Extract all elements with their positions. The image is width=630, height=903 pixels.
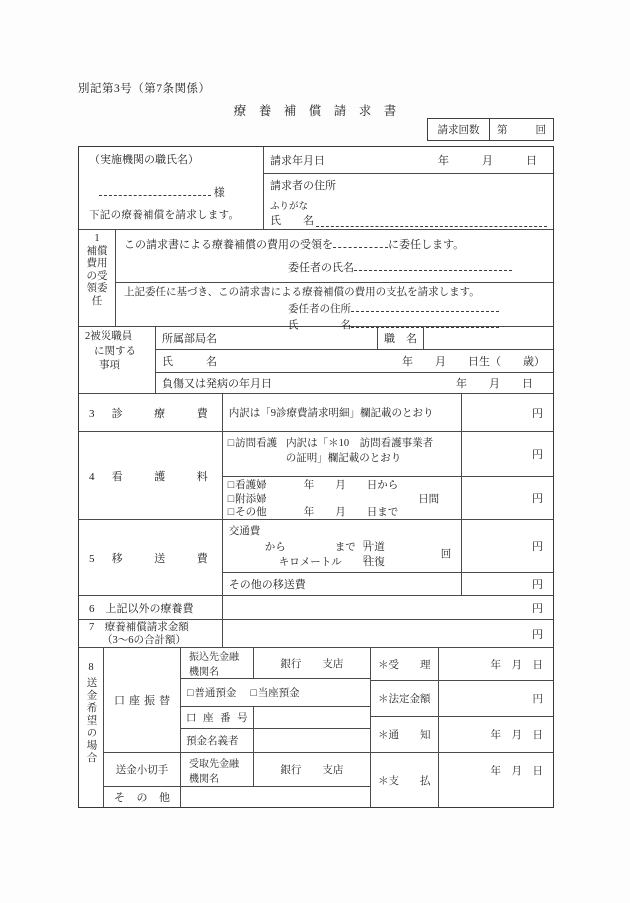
section1-label-line: 補償 [79, 246, 115, 259]
department-row: 所属部局名 職 名 [156, 327, 553, 349]
transport-cell: 交通費 から まで □片道 キロメートル □往復 回 [223, 520, 462, 572]
claim-count-value-cell[interactable]: 第 回 [490, 119, 553, 140]
payment-label-cell: ＊支 払 [371, 752, 438, 807]
other-transfer-amount-cell[interactable]: 円 [462, 573, 553, 595]
transfer-fee-label: 5 移 送 費 [89, 550, 208, 566]
other-method-value-cell[interactable] [181, 786, 370, 807]
nurse-line-label: □看護婦 [228, 479, 304, 493]
claim-date-row[interactable]: 請求年月日 年 月 日 [264, 147, 553, 173]
checkbox-nurse[interactable]: □ [228, 480, 234, 491]
section2-label: 2被災職員 に関する 事項 [79, 327, 156, 393]
remittance-label-cell: 8 送金希望の場合 [79, 648, 104, 807]
remittance-check-cell: 送金小切手 [104, 752, 180, 786]
notice-date-value: 年 月 日 [491, 727, 544, 742]
delegate-name-label: 委任者の氏名 [288, 262, 354, 274]
visiting-nursing-unit: 円 [532, 446, 543, 462]
transfer-fee-content: 交通費 から まで □片道 キロメートル □往復 回 円 その他の移送費 [223, 520, 553, 595]
delegate-name-line: 委任者の氏名 [124, 259, 547, 275]
delegate-name-blank[interactable] [354, 260, 512, 271]
receiving-bank-value: 銀行 支店 [280, 762, 343, 777]
receiving-bank-label-cell: 受取先金融機関名 [181, 753, 254, 786]
claim-count-prefix: 第 [497, 122, 508, 137]
transport-label: 交通費 [229, 523, 261, 538]
visiting-nursing-desc: 内訳は「＊10 訪問看護事業者 [286, 438, 433, 449]
section2-content: 所属部局名 職 名 氏 名 年 月 日生（ 歳） 負傷又は発病の年月日 年 月 … [156, 327, 553, 393]
other-nurse-line-label: □その他 [228, 506, 304, 520]
other-transfer-label: その他の移送費 [229, 576, 306, 592]
account-number-value-cell[interactable] [254, 707, 370, 728]
claimant-address-label: 請求者の住所 [270, 177, 549, 193]
agency-label: （実施機関の職氏名） [89, 151, 257, 167]
kilometer-label: キロメートル [279, 554, 342, 569]
total-claim-label-cell: 7 療養補償請求金額 （3〜6の合計額） [79, 620, 223, 647]
received-label-cell: ＊受 理 [371, 648, 438, 680]
remittance-check-label: 送金小切手 [116, 762, 169, 777]
payment-request-text: 上記委任に基づき、この請求書による療養補償の費用の支払を請求します。 [124, 286, 547, 301]
section1-content: この請求書による療養補償の費用の受領をに委任します。 委任者の氏名 上記委任に基… [116, 230, 553, 326]
checkbox-attendant[interactable]: □ [228, 494, 234, 505]
current-deposit-label: 当座預金 [258, 688, 300, 699]
medical-fee-unit: 円 [532, 405, 543, 421]
attendant-days: 日間 [418, 493, 455, 507]
transfer-bank-label: 振込先金融機関名 [189, 648, 245, 678]
section1-label-line: の受 [79, 271, 115, 284]
receiving-bank-value-cell[interactable]: 銀行 支店 [254, 753, 370, 786]
page-title: 療 養 補 償 請 求 書 [0, 101, 630, 119]
attendant-label: 附添婦 [235, 494, 267, 505]
nurse-from-date: 年 月 日から [304, 479, 399, 493]
payment-date-cell[interactable]: 年 月 日 [439, 752, 553, 807]
visiting-nursing-line1: □訪問看護内訳は「＊10 訪問看護事業者 [228, 436, 459, 451]
received-label: ＊受 理 [378, 657, 431, 672]
section4-row: 4 看 護 料 □訪問看護内訳は「＊10 訪問看護事業者 の証明」欄記載のとおり… [79, 431, 553, 519]
office-use-label-col: ＊受 理 ＊法定金額 ＊通 知 ＊支 払 [371, 648, 439, 807]
roundtrip-label: 往復 [364, 554, 385, 569]
header-row: （実施機関の職氏名） 様 下記の療養補償を請求します。 請求年月日 年 月 日 … [79, 147, 553, 229]
payment-request-cell: 上記委任に基づき、この請求書による療養補償の費用の支払を請求します。 委任者の住… [116, 282, 553, 326]
section1-label: 1 補償 費用 の受 領委 任 [79, 230, 116, 326]
medical-fee-detail: 内訳は「9診療費請求明細」欄記載のとおり [229, 405, 434, 420]
total-claim-sublabel: （3〜6の合計額） [89, 634, 216, 647]
payment-date-value: 年 月 日 [491, 763, 544, 778]
transport-amount-cell[interactable]: 円 [462, 520, 553, 572]
transfer-fee-label-cell: 5 移 送 費 [79, 520, 223, 595]
other-method-label: そ の 他 [114, 789, 170, 805]
addressee-line: 様 [89, 184, 257, 200]
nurse-line: □看護婦 年 月 日から [228, 479, 455, 493]
account-holder-row: 預金名義者 [181, 728, 370, 752]
checkbox-visiting-nursing[interactable]: □ [228, 438, 234, 449]
other-nurse-line: □その他 年 月 日まで [228, 506, 455, 520]
visiting-nursing-amount-cell[interactable]: 円 [462, 432, 553, 476]
nurse-to-date: 年 月 日まで [304, 506, 399, 520]
account-transfer-label: 口 座 振 替 [114, 692, 170, 708]
transport-from: から [265, 539, 286, 554]
notice-label: ＊通 知 [378, 727, 431, 742]
legal-amount-label: ＊法定金額 [378, 691, 431, 706]
transfer-bank-label-cell: 振込先金融機関名 [181, 648, 254, 678]
received-date-cell[interactable]: 年 月 日 [439, 648, 553, 680]
request-note: 下記の療養補償を請求します。 [89, 207, 257, 222]
claim-count-suffix: 回 [536, 122, 547, 137]
legal-amount-value-cell[interactable]: 円 [439, 680, 553, 716]
injury-date-value: 年 月 日 [456, 375, 545, 391]
medical-fee-label-cell: 3 診 療 費 [79, 394, 223, 431]
medical-fee-label: 3 診 療 費 [89, 405, 208, 421]
bank-detail-col: 振込先金融機関名 銀行 支店 □普通預金 □当座預金 口 座 番 号 [181, 648, 371, 807]
nurse-amount-cell[interactable]: 円 [462, 477, 553, 519]
transfer-bank-value: 銀行 支店 [280, 656, 343, 671]
addressee-suffix: 様 [214, 187, 225, 199]
total-claim-amount-cell[interactable]: 円 [223, 620, 553, 647]
delegation-sentence: この請求書による療養補償の費用の受領をに委任します。 [124, 236, 547, 252]
account-holder-label: 預金名義者 [186, 733, 239, 748]
other-care-label-cell: 6 上記以外の療養費 [79, 596, 223, 619]
delegation-text-pre: この請求書による療養補償の費用の受領を [124, 239, 333, 251]
claim-date-label: 請求年月日 [270, 152, 325, 168]
section6-row: 6 上記以外の療養費 円 [79, 595, 553, 619]
section8-row: 8 送金希望の場合 口 座 振 替 送金小切手 そ の 他 振込先金融機関名 [79, 647, 553, 807]
main-form-table: （実施機関の職氏名） 様 下記の療養補償を請求します。 請求年月日 年 月 日 … [78, 146, 554, 808]
total-claim-unit: 円 [532, 626, 543, 642]
account-holder-value-cell[interactable] [254, 729, 370, 752]
furigana-label: ふりがな [270, 198, 549, 212]
other-method-cell: そ の 他 [104, 786, 180, 806]
section7-row: 7 療養補償請求金額 （3〜6の合計額） 円 [79, 619, 553, 647]
account-number-label-cell: 口 座 番 号 [181, 707, 254, 728]
other-transfer-cell[interactable]: その他の移送費 [223, 573, 462, 595]
transport-to: まで [335, 539, 356, 554]
section2-row: 2被災職員 に関する 事項 所属部局名 職 名 氏 名 年 月 日生（ 歳） [79, 326, 553, 393]
delegation-text-post: に委任します。 [388, 239, 464, 251]
ordinary-deposit-label: 普通預金 [194, 688, 236, 699]
section3-row: 3 診 療 費 内訳は「9診療費請求明細」欄記載のとおり 円 [79, 393, 553, 431]
nurse-label: 看護婦 [235, 480, 267, 491]
department-cell[interactable]: 所属部局名 [156, 327, 378, 349]
delegator-address-blank[interactable] [351, 301, 499, 312]
section1-label-line: 領委 [79, 283, 115, 296]
account-transfer-cell: 口 座 振 替 [104, 648, 180, 752]
section1-row: 1 補償 費用 の受 領委 任 この請求書による療養補償の費用の受領をに委任しま… [79, 229, 553, 326]
account-number-label: 口 座 番 号 [186, 710, 248, 725]
nursing-fee-label-cell: 4 看 護 料 [79, 432, 223, 519]
checkbox-current-deposit[interactable]: □ [250, 688, 256, 699]
office-use-value-col: 年 月 日 円 年 月 日 年 月 日 [439, 648, 553, 807]
trip-times-label: 回 [441, 546, 452, 561]
birth-date-value: 年 月 日生（ 歳） [402, 353, 545, 369]
receiving-bank-row: 受取先金融機関名 銀行 支店 [181, 752, 370, 786]
agency-cell: （実施機関の職氏名） 様 下記の療養補償を請求します。 [79, 147, 264, 229]
section1-label-line: 費用 [79, 258, 115, 271]
remittance-number: 8 [88, 662, 93, 673]
job-title-label-cell: 職 名 [378, 327, 424, 349]
other-transfer-row: その他の移送費 円 [223, 572, 553, 595]
claimant-address-cell[interactable]: 請求者の住所 ふりがな 氏 名 [264, 174, 553, 229]
addressee-blank[interactable] [99, 185, 211, 196]
job-title-label: 職 名 [384, 330, 417, 346]
transfer-bank-row: 振込先金融機関名 銀行 支店 [181, 648, 370, 678]
nursing-fee-content: □訪問看護内訳は「＊10 訪問看護事業者 の証明」欄記載のとおり 円 □看護婦 … [223, 432, 553, 519]
other-care-label: 6 上記以外の療養費 [89, 600, 194, 616]
employee-name-row[interactable]: 氏 名 年 月 日生（ 歳） [156, 349, 553, 372]
oneway-label: 片道 [364, 539, 385, 554]
transport-unit: 円 [532, 538, 543, 554]
deposit-type-row: □普通預金 □当座預金 [181, 678, 370, 706]
medical-fee-detail-cell: 内訳は「9診療費請求明細」欄記載のとおり [223, 394, 462, 431]
section1-number: 1 [79, 233, 115, 246]
job-title-value-cell[interactable] [424, 327, 553, 349]
section2-label-line: に関する [85, 345, 155, 360]
claim-date-value: 年 月 日 [438, 152, 537, 168]
delegator-address-label: 委任者の住所 [288, 304, 351, 315]
receiving-bank-label: 受取先金融機関名 [189, 755, 245, 785]
claimant-block: 請求年月日 年 月 日 請求者の住所 ふりがな 氏 名 [264, 147, 553, 229]
claim-count-box: 請求回数 第 回 [427, 118, 554, 141]
account-number-row: 口 座 番 号 [181, 706, 370, 728]
delegation-cell: この請求書による療養補償の費用の受領をに委任します。 委任者の氏名 [116, 230, 553, 282]
other-transfer-unit: 円 [532, 576, 543, 592]
legal-amount-unit: 円 [533, 691, 544, 706]
claimant-name-blank[interactable] [316, 216, 547, 227]
form-number: 別記第3号（第7条関係） [78, 80, 211, 96]
visiting-nursing-cell: □訪問看護内訳は「＊10 訪問看護事業者 の証明」欄記載のとおり [223, 432, 462, 476]
checkbox-other-nurse[interactable]: □ [228, 507, 234, 518]
claim-count-label: 請求回数 [428, 119, 490, 140]
section2-label-line: 事項 [85, 359, 155, 374]
attendant-line: □附添婦 日間 [228, 493, 455, 507]
payment-label: ＊支 払 [378, 773, 431, 788]
department-label: 所属部局名 [162, 330, 217, 346]
injury-date-row[interactable]: 負傷又は発病の年月日 年 月 日 [156, 372, 553, 393]
checkbox-ordinary-deposit[interactable]: □ [187, 688, 193, 699]
other-care-unit: 円 [532, 600, 543, 616]
nurse-row: □看護婦 年 月 日から □附添婦 日間 □その他 年 月 日まで [223, 476, 553, 519]
remittance-label: 送金希望の場合 [84, 677, 99, 765]
transfer-bank-value-cell[interactable]: 銀行 支店 [254, 648, 370, 678]
claimant-name-label: 氏 名 [270, 212, 314, 228]
delegatee-blank[interactable] [333, 237, 388, 248]
medical-fee-amount-cell[interactable]: 円 [462, 394, 553, 431]
received-date-value: 年 月 日 [491, 657, 544, 672]
section1-label-line: 任 [79, 296, 115, 309]
delegator-address-line: 委任者の住所 [124, 301, 547, 318]
injury-date-label: 負傷又は発病の年月日 [156, 375, 272, 391]
notice-label-cell: ＊通 知 [371, 716, 438, 752]
account-holder-label-cell: 預金名義者 [181, 729, 254, 752]
section5-row: 5 移 送 費 交通費 から まで □片道 キロメートル □往復 回 円 [79, 519, 553, 595]
visiting-nursing-desc2: の証明」欄記載のとおり [228, 451, 459, 466]
claimant-name-line: 氏 名 [270, 212, 549, 228]
other-nurse-label: その他 [235, 507, 267, 518]
attendant-line-label: □附添婦 [228, 493, 304, 507]
visiting-nursing-label: 訪問看護 [235, 438, 277, 449]
claimant-address-row: 請求者の住所 ふりがな 氏 名 [264, 173, 553, 229]
remittance-method-col: 口 座 振 替 送金小切手 そ の 他 [104, 648, 181, 807]
section2-label-line: 2被災職員 [85, 330, 155, 345]
nursing-fee-label: 4 看 護 料 [89, 468, 208, 484]
total-claim-label: 7 療養補償請求金額 [89, 621, 216, 634]
transport-row: 交通費 から まで □片道 キロメートル □往復 回 円 [223, 520, 553, 572]
ordinary-deposit-option: □普通預金 [187, 685, 236, 700]
nurse-unit: 円 [532, 490, 543, 506]
visiting-nursing-row: □訪問看護内訳は「＊10 訪問看護事業者 の証明」欄記載のとおり 円 [223, 432, 553, 476]
nurse-cell: □看護婦 年 月 日から □附添婦 日間 □その他 年 月 日まで [223, 477, 462, 519]
employee-name-label: 氏 名 [156, 353, 217, 369]
notice-date-cell[interactable]: 年 月 日 [439, 716, 553, 752]
form-page: 別記第3号（第7条関係） 療 養 補 償 請 求 書 請求回数 第 回 （実施機… [0, 0, 630, 903]
legal-amount-label-cell: ＊法定金額 [371, 680, 438, 716]
other-care-amount-cell[interactable]: 円 [223, 596, 553, 619]
current-deposit-option: □当座預金 [250, 685, 299, 700]
